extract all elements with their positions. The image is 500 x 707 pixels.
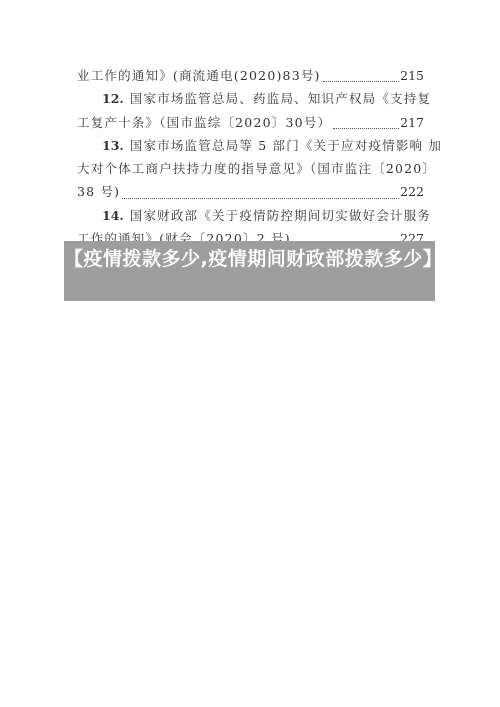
page-number: 217 [400, 111, 424, 134]
title-banner: 【疫情拨款多少,疫情期间财政部拨款多少】 [64, 241, 435, 301]
toc-line: 38 号) 222 [77, 180, 424, 203]
toc-text: 大对个体工商户扶持力度的指导意见》（国市监注〔2020〕 [77, 157, 436, 180]
dot-leader [122, 198, 399, 199]
toc-text: 业工作的通知》(商流通电(2020)83号) [77, 64, 321, 87]
table-of-contents: 业工作的通知》(商流通电(2020)83号) 215 12. 国家市场监管总局、… [77, 64, 424, 250]
toc-text: 国家市场监管总局、药监局、知识产权局《支持复 [130, 87, 431, 110]
toc-item-number: 13. [102, 134, 124, 157]
toc-text: 工复产十条》（国市监综〔2020〕30号） [77, 111, 331, 134]
toc-text: 国家市场监管总局等 5 部门《关于应对疫情影响 加 [130, 134, 442, 157]
dot-leader [333, 128, 399, 129]
toc-text: 38 号) [77, 180, 120, 203]
document-page: 业工作的通知》(商流通电(2020)83号) 215 12. 国家市场监管总局、… [0, 0, 500, 707]
toc-line: 14. 国家财政部《关于疫情防控期间切实做好会计服务 [77, 204, 424, 227]
page-number: 222 [400, 180, 424, 203]
toc-item-number: 12. [102, 87, 124, 110]
toc-item-number: 14. [102, 204, 124, 227]
toc-line: 12. 国家市场监管总局、药监局、知识产权局《支持复 [77, 87, 424, 110]
toc-text: 国家财政部《关于疫情防控期间切实做好会计服务 [130, 204, 431, 227]
toc-line: 大对个体工商户扶持力度的指导意见》（国市监注〔2020〕 [77, 157, 424, 180]
dot-leader [323, 81, 400, 82]
toc-line: 13. 国家市场监管总局等 5 部门《关于应对疫情影响 加 [77, 134, 424, 157]
toc-line: 业工作的通知》(商流通电(2020)83号) 215 [77, 64, 424, 87]
toc-line: 工复产十条》（国市监综〔2020〕30号） 217 [77, 111, 424, 134]
page-number: 215 [400, 64, 424, 87]
